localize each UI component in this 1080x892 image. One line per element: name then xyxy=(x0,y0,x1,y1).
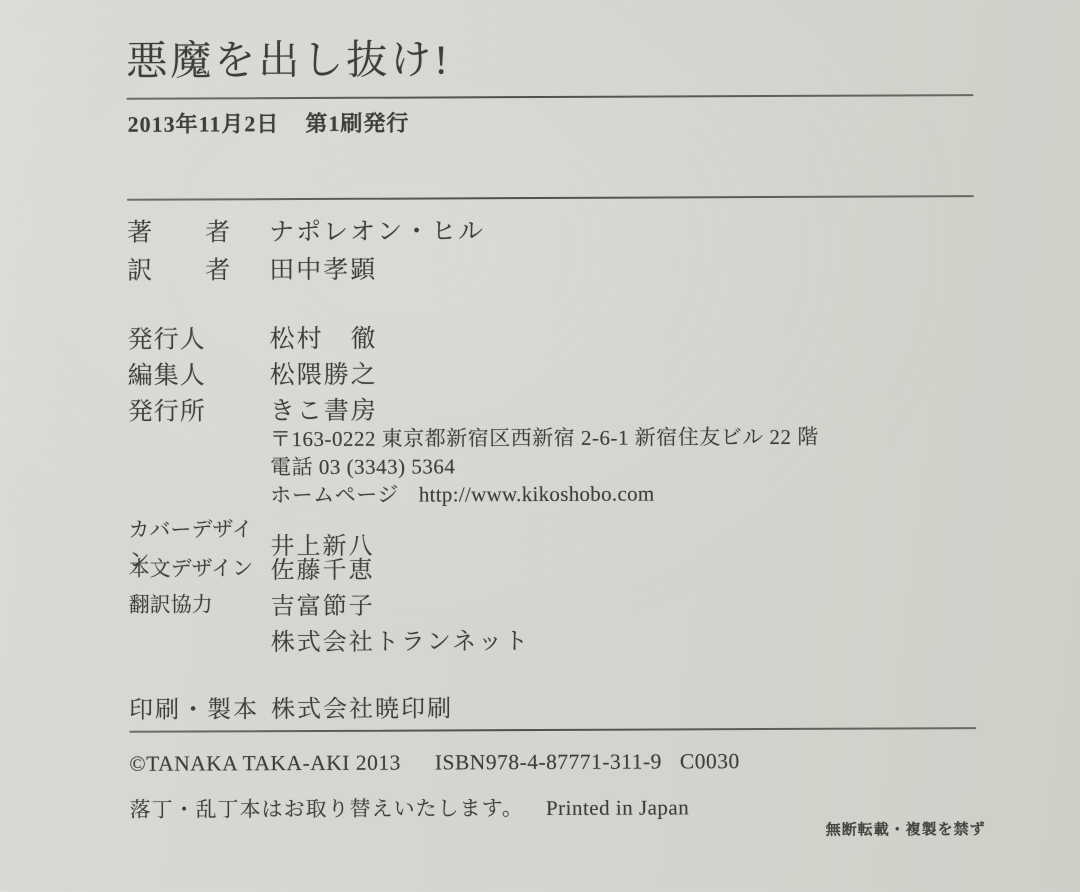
text-design-label: 本文デザイン xyxy=(128,552,270,583)
cover-design-row: カバーデザイン 井上新八 xyxy=(128,512,529,550)
publisher-row: 発行所 きこ書房 xyxy=(128,391,378,428)
publishing-block: 発行人 松村 徹 編集人 松隈勝之 発行所 きこ書房 xyxy=(127,319,377,428)
book-colophon-page: 悪魔を出し抜け! 2013年11月2日第1刷発行 著 者 ナポレオン・ヒル 訳 … xyxy=(0,0,1080,890)
publisher-label: 発行所 xyxy=(128,391,270,428)
homepage-url: http://www.kikoshobo.com xyxy=(419,482,655,507)
publisher-name: きこ書房 xyxy=(270,391,378,427)
publisher-phone: 電話 03 (3343) 5364 xyxy=(270,451,819,481)
publisher-homepage-line: ホームページhttp://www.kikoshobo.com xyxy=(270,479,819,509)
editor-name: 松隈勝之 xyxy=(270,355,378,391)
translator-label: 訳 者 xyxy=(127,250,269,287)
printed-in-japan: Printed in Japan xyxy=(546,795,689,820)
c-code: C0030 xyxy=(680,749,740,773)
copyright-notice: ©TANAKA TAKA-AKI 2013 xyxy=(129,751,401,776)
replacement-notice-line: 落丁・乱丁本はお取り替えいたします。Printed in Japan xyxy=(130,791,690,823)
author-label: 著 者 xyxy=(127,212,269,249)
publisher-contact-block: 〒163-0222 東京都新宿区西新宿 2-6-1 新宿住友ビル 22 階 電話… xyxy=(270,423,819,509)
printing-label: 印刷・製本 xyxy=(129,689,271,725)
publisher-address: 〒163-0222 東京都新宿区西新宿 2-6-1 新宿住友ビル 22 階 xyxy=(270,423,819,453)
publisher-person-label: 発行人 xyxy=(127,319,269,356)
translator-name: 田中孝顕 xyxy=(269,249,485,286)
divider-above-credits xyxy=(127,195,974,201)
editor-row: 編集人 松隈勝之 xyxy=(128,355,378,392)
isbn-number: ISBN978-4-87771-311-9 xyxy=(435,749,662,774)
editor-label: 編集人 xyxy=(128,355,270,392)
translation-company-name: 株式会社トランネット xyxy=(271,621,530,657)
printing-company-name: 株式会社暁印刷 xyxy=(271,688,453,724)
publisher-person-name: 松村 徹 xyxy=(269,319,377,355)
divider-under-title xyxy=(126,94,973,100)
text-design-row: 本文デザイン 佐藤千恵 xyxy=(128,548,529,586)
production-credits-block: カバーデザイン 井上新八 本文デザイン 佐藤千恵 翻訳協力 吉富節子 株式会社ト… xyxy=(128,512,530,658)
translation-company-label xyxy=(129,639,271,640)
translation-support-label: 翻訳協力 xyxy=(129,588,271,619)
edition-printing: 第1刷発行 xyxy=(305,111,409,136)
translation-company-row: 株式会社トランネット xyxy=(129,620,530,658)
homepage-label: ホームページ xyxy=(270,483,399,508)
publisher-person-row: 発行人 松村 徹 xyxy=(127,319,377,356)
copyright-line: ©TANAKA TAKA-AKI 2013ISBN978-4-87771-311… xyxy=(129,749,739,777)
printing-row: 印刷・製本 株式会社暁印刷 xyxy=(129,688,453,724)
edition-line: 2013年11月2日第1刷発行 xyxy=(128,107,410,139)
translation-support-name: 吉富節子 xyxy=(271,585,530,621)
author-translator-block: 著 者 ナポレオン・ヒル 訳 者 田中孝顕 xyxy=(127,210,485,288)
divider-above-copyright xyxy=(129,727,976,733)
edition-date: 2013年11月2日 xyxy=(128,111,280,137)
text-designer-name: 佐藤千恵 xyxy=(270,549,529,585)
translator-row: 訳 者 田中孝顕 xyxy=(127,248,485,288)
book-title: 悪魔を出し抜け! xyxy=(126,26,451,86)
author-row: 著 者 ナポレオン・ヒル xyxy=(127,210,485,250)
replacement-notice: 落丁・乱丁本はお取り替えいたします。 xyxy=(130,796,524,822)
no-reproduction-notice: 無断転載・複製を禁ず xyxy=(826,818,986,840)
author-name: ナポレオン・ヒル xyxy=(269,211,485,248)
translation-support-row: 翻訳協力 吉富節子 xyxy=(129,584,530,622)
